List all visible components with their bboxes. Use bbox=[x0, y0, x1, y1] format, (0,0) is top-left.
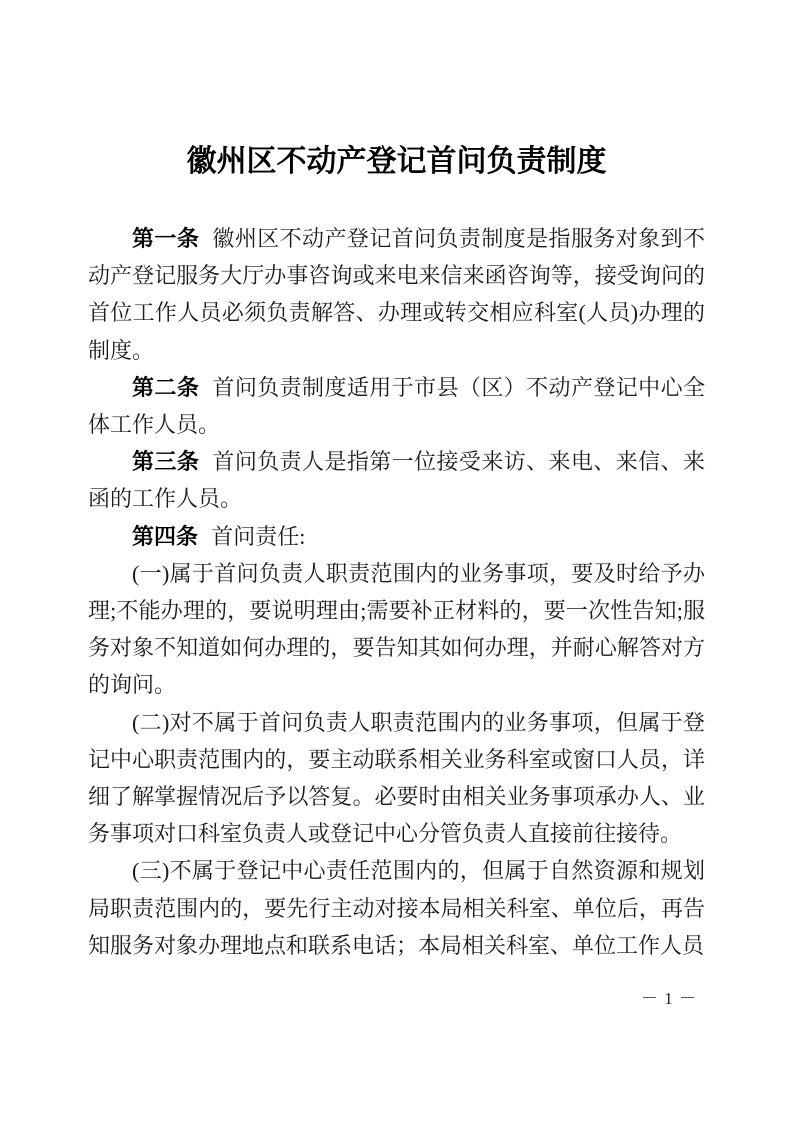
paragraph-article-4: 第四条首问责任: bbox=[88, 518, 705, 555]
page-number: － 1 － bbox=[641, 989, 697, 1009]
paragraph-item-3: (三)不属于登记中心责任范围内的，但属于自然资源和规划局职责范围内的，要先行主动… bbox=[88, 852, 705, 964]
paragraph-article-1: 第一条徽州区不动产登记首问负责制度是指服务对象到不动产登记服务大厅办事咨询或来电… bbox=[88, 220, 705, 369]
article-1-head: 第一条 bbox=[132, 226, 199, 251]
document-title: 徽州区不动产登记首问负责制度 bbox=[0, 0, 793, 182]
article-3-head: 第三条 bbox=[132, 449, 199, 474]
article-4-text: 首问责任: bbox=[211, 524, 305, 549]
document-body: 第一条徽州区不动产登记首问负责制度是指服务对象到不动产登记服务大厅办事咨询或来电… bbox=[88, 220, 705, 964]
paragraph-item-1: (一)属于首问负责人职责范围内的业务事项，要及时给予办理;不能办理的，要说明理由… bbox=[88, 555, 705, 704]
paragraph-item-2: (二)对不属于首问负责人职责范围内的业务事项，但属于登记中心职责范围内的，要主动… bbox=[88, 704, 705, 853]
article-2-head: 第二条 bbox=[132, 375, 199, 400]
item-2-text: (二)对不属于首问负责人职责范围内的业务事项，但属于登记中心职责范围内的，要主动… bbox=[88, 710, 705, 847]
paragraph-article-2: 第二条首问负责制度适用于市县（区）不动产登记中心全体工作人员。 bbox=[88, 369, 705, 443]
item-1-text: (一)属于首问负责人职责范围内的业务事项，要及时给予办理;不能办理的，要说明理由… bbox=[88, 561, 705, 698]
article-4-head: 第四条 bbox=[132, 524, 198, 549]
paragraph-article-3: 第三条首问负责人是指第一位接受来访、来电、来信、来函的工作人员。 bbox=[88, 443, 705, 517]
document-page: 徽州区不动产登记首问负责制度 第一条徽州区不动产登记首问负责制度是指服务对象到不… bbox=[0, 0, 793, 1122]
item-3-text: (三)不属于登记中心责任范围内的，但属于自然资源和规划局职责范围内的，要先行主动… bbox=[88, 858, 705, 957]
